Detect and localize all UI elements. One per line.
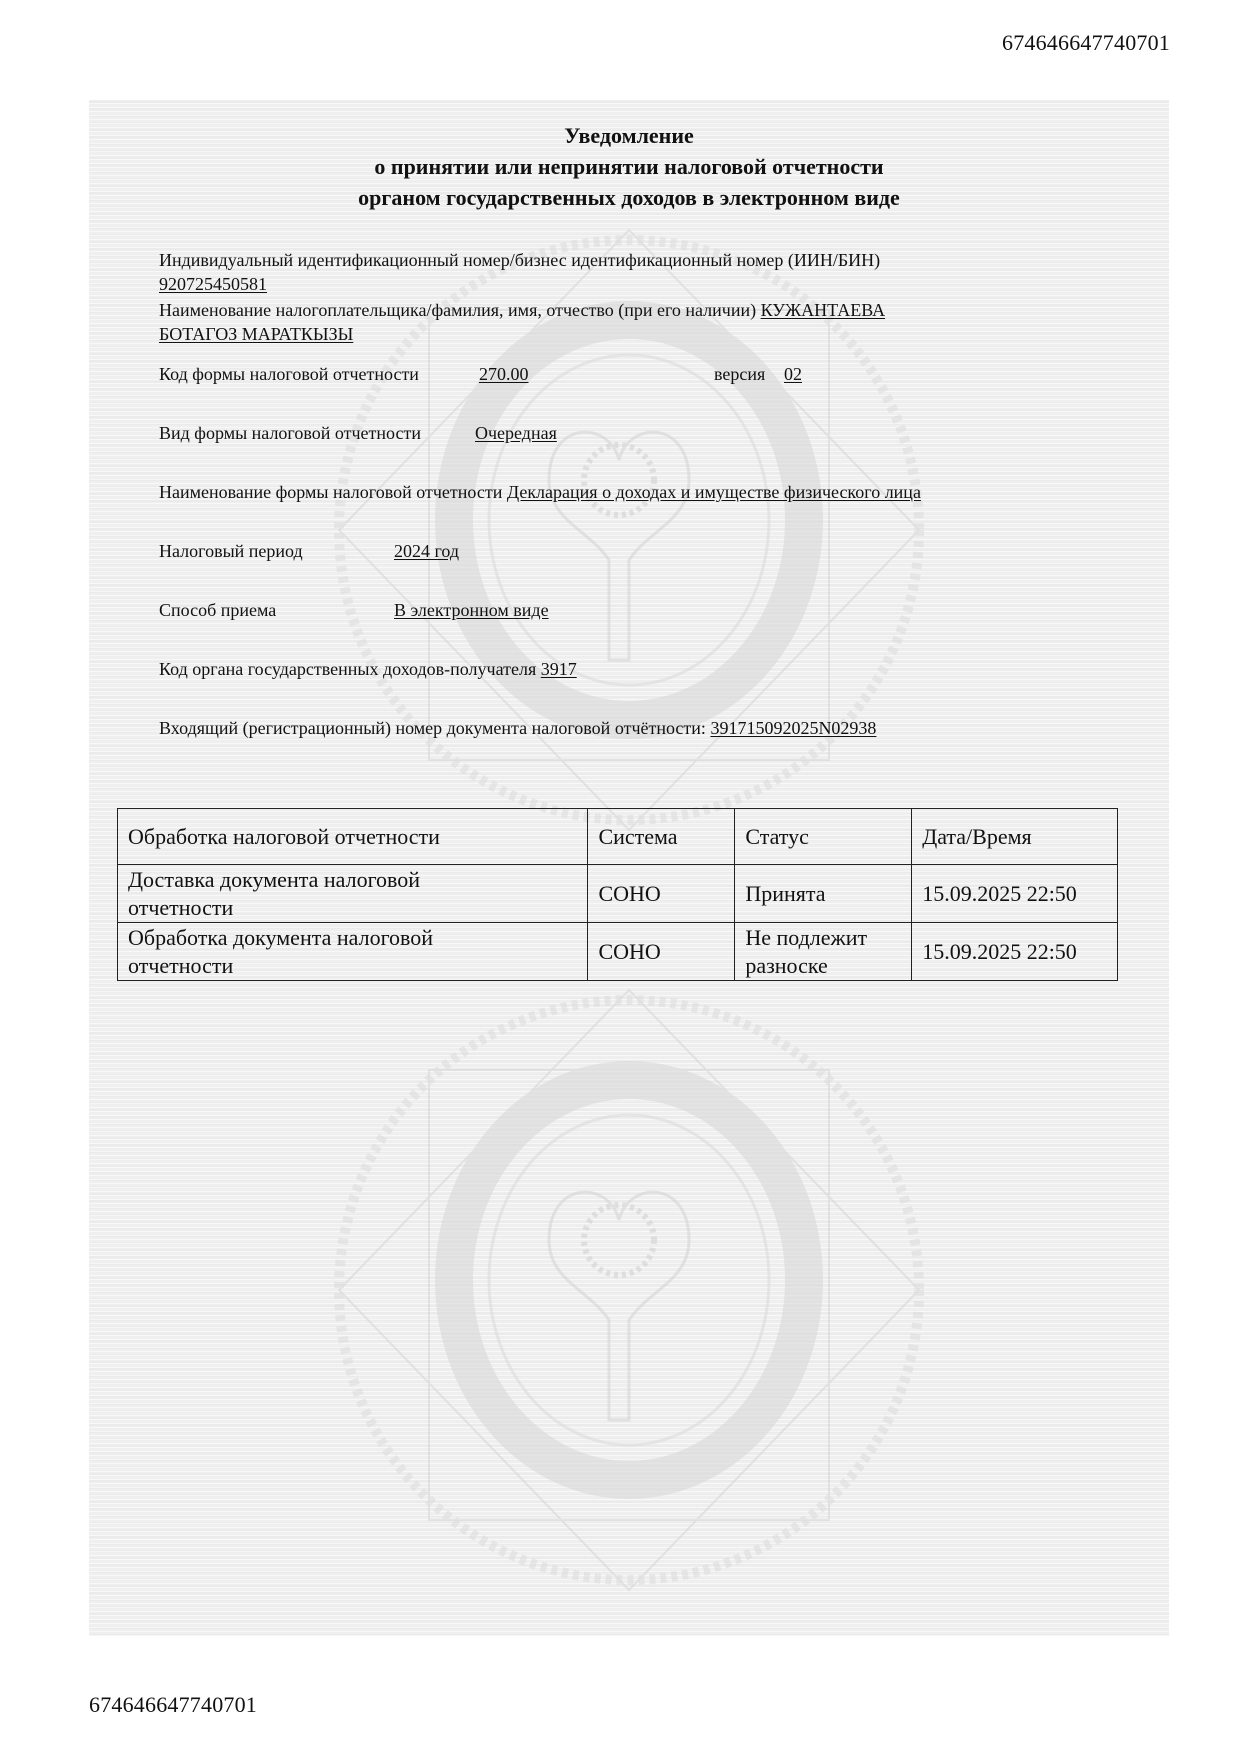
receipt-method-label: Способ приема xyxy=(159,598,276,622)
cell-system: СОНО xyxy=(588,865,735,923)
cell-datetime: 15.09.2025 22:50 xyxy=(912,865,1118,923)
taxpayer-name-field: Наименование налогоплательщика/фамилия, … xyxy=(159,298,885,346)
version-value: 02 xyxy=(784,362,802,386)
tax-period-value: 2024 год xyxy=(394,539,459,563)
taxpayer-name-value-line2: БОТАГОЗ МАРАТКЫЗЫ xyxy=(159,324,353,344)
registration-number-value: 391715092025N02938 xyxy=(710,718,876,738)
form-type-label: Вид формы налоговой отчетности xyxy=(159,421,421,445)
table-header-row: Обработка налоговой отчетности Система С… xyxy=(118,809,1118,865)
form-code-value: 270.00 xyxy=(479,362,529,386)
cell-system: СОНО xyxy=(588,923,735,981)
header-datetime: Дата/Время xyxy=(912,809,1118,865)
title-line-3: органом государственных доходов в электр… xyxy=(89,182,1169,213)
emblem-watermark-icon xyxy=(319,980,939,1600)
table-row: Обработка документа налоговой отчетности… xyxy=(118,923,1118,981)
header-status: Статус xyxy=(735,809,912,865)
header-processing: Обработка налоговой отчетности xyxy=(118,809,588,865)
header-system: Система xyxy=(588,809,735,865)
document-number-bottom: 674646647740701 xyxy=(89,1692,257,1718)
receipt-method-field: Способ приема В электронном виде xyxy=(159,598,859,622)
form-name-label: Наименование формы налоговой отчетности xyxy=(159,482,502,502)
registration-number-label: Входящий (регистрационный) номер докумен… xyxy=(159,718,706,738)
iin-label: Индивидуальный идентификационный номер/б… xyxy=(159,248,880,272)
form-name-field: Наименование формы налоговой отчетности … xyxy=(159,480,921,504)
document-number-top: 674646647740701 xyxy=(1002,30,1170,56)
form-name-value: Декларация о доходах и имуществе физичес… xyxy=(507,482,921,502)
iin-value: 920725450581 xyxy=(159,274,267,294)
taxpayer-name-value-line1: КУЖАНТАЕВА xyxy=(761,300,885,320)
document-title: Уведомление о принятии или непринятии на… xyxy=(89,120,1169,213)
cell-processing: Доставка документа налоговой отчетности xyxy=(118,865,588,923)
notification-panel: Уведомление о принятии или непринятии на… xyxy=(89,100,1169,1636)
processing-table: Обработка налоговой отчетности Система С… xyxy=(117,808,1118,981)
iin-field: Индивидуальный идентификационный номер/б… xyxy=(159,248,880,296)
authority-code-value: 3917 xyxy=(541,659,577,679)
cell-datetime: 15.09.2025 22:50 xyxy=(912,923,1118,981)
version-label: версия xyxy=(714,362,765,386)
title-line-1: Уведомление xyxy=(89,120,1169,151)
registration-number-field: Входящий (регистрационный) номер докумен… xyxy=(159,716,876,740)
table-row: Доставка документа налоговой отчетности … xyxy=(118,865,1118,923)
tax-period-label: Налоговый период xyxy=(159,539,303,563)
taxpayer-name-label: Наименование налогоплательщика/фамилия, … xyxy=(159,300,756,320)
form-type-field: Вид формы налоговой отчетности Очередная xyxy=(159,421,859,445)
authority-code-label: Код органа государственных доходов-получ… xyxy=(159,659,536,679)
cell-processing: Обработка документа налоговой отчетности xyxy=(118,923,588,981)
cell-status: Принята xyxy=(735,865,912,923)
authority-code-field: Код органа государственных доходов-получ… xyxy=(159,657,577,681)
receipt-method-value: В электронном виде xyxy=(394,598,549,622)
cell-status: Не подлежит разноске xyxy=(735,923,912,981)
form-code-label: Код формы налоговой отчетности xyxy=(159,362,419,386)
title-line-2: о принятии или непринятии налоговой отче… xyxy=(89,151,1169,182)
form-type-value: Очередная xyxy=(475,421,557,445)
form-code-field: Код формы налоговой отчетности 270.00 ве… xyxy=(159,362,859,386)
tax-period-field: Налоговый период 2024 год xyxy=(159,539,859,563)
